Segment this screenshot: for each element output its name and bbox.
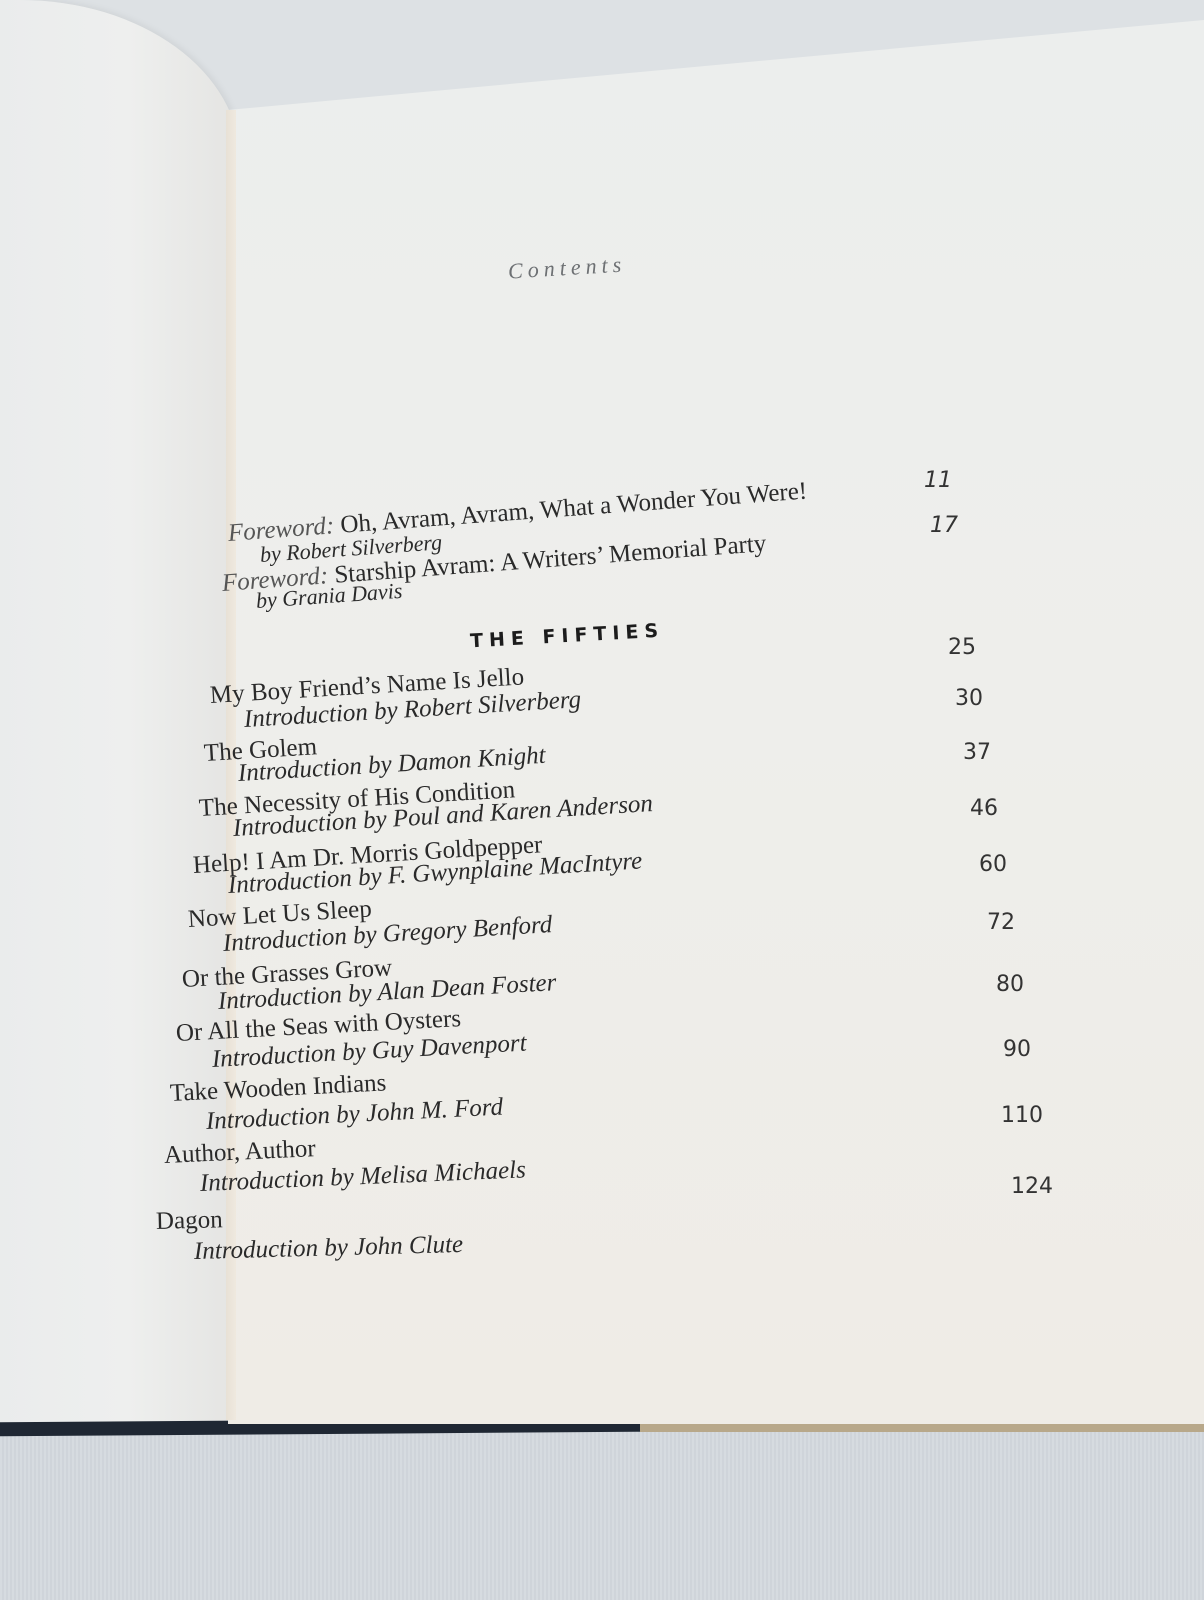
page-number: 90: [1003, 1037, 1031, 1062]
page-number: 124: [1011, 1174, 1053, 1199]
story-title: Dagon: [156, 1206, 223, 1236]
page-number: 17: [930, 513, 958, 538]
page-number: 60: [979, 852, 1007, 877]
page-number: 72: [987, 910, 1015, 935]
page-number: 80: [996, 972, 1024, 997]
story-intro: Introduction by John Clute: [194, 1231, 464, 1266]
page-number: 37: [963, 740, 991, 765]
table-of-contents: Contents Foreword: Oh, Avram, Avram, Wha…: [0, 0, 1204, 1600]
page-number: 25: [948, 635, 976, 660]
page-number: 11: [924, 468, 952, 493]
page-title: Contents: [507, 251, 627, 284]
page-number: 110: [1001, 1103, 1043, 1128]
page-number: 30: [955, 686, 983, 711]
story-title: Author, Author: [163, 1135, 316, 1170]
page-number: 46: [970, 796, 998, 821]
section-heading: THE FIFTIES: [470, 620, 665, 653]
foreword-title: Oh, Avram, Avram, What a Wonder You Were…: [339, 478, 808, 539]
